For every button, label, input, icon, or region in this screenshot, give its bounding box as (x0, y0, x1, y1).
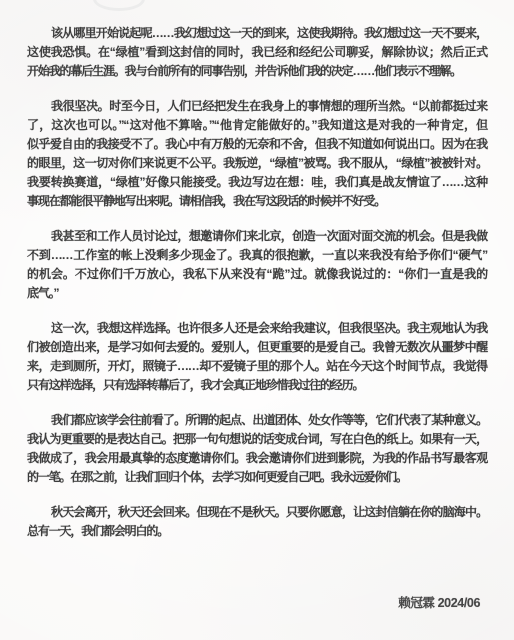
letter-line: 该从哪里开始说起呢……我幻想过这一天的到来，这使我期待。我幻想过这一天不要来， (27, 24, 487, 43)
letter-line: 这使我恐惧。在“绿植”看到这封信的同时，我已经和经纪公司聊妥，解除协议；然后正式 (27, 43, 487, 62)
letter-paragraph: 该从哪里开始说起呢……我幻想过这一天的到来，这使我期待。我幻想过这一天不要来， … (27, 24, 487, 81)
letter-line: 的一笔。在那之前，让我们回归个体，去学习如何更爱自己吧。我永远爱你们。 (27, 468, 487, 487)
letter-line: 我很坚决。时至今日，人们已经把发生在我身上的事情想的理所当然。“以前都挺过来 (27, 97, 487, 116)
letter-paragraph: 这一次，我想这样选择。也许很多人还是会来给我建议，但我很坚决。我主观地认为我 们… (27, 319, 487, 395)
letter-signature: 赖冠霖 2024/06 (398, 593, 480, 611)
letter-line: 底气。” (27, 284, 487, 303)
letter-paragraph: 我们都应该学会往前看了。所谓的起点、出道团体、处女作等等，它们代表了某种意义。 … (27, 411, 487, 487)
letter-line: 这一次，我想这样选择。也许很多人还是会来给我建议，但我很坚决。我主观地认为我 (27, 319, 487, 338)
letter-paragraph: 我很坚决。时至今日，人们已经把发生在我身上的事情想的理所当然。“以前都挺过来 了… (27, 97, 487, 211)
letter-paragraph: 秋天会离开，秋天还会回来。但现在不是秋天。只要你愿意，让这封信躺在你的脑海中。 … (27, 503, 487, 541)
letter-line: 事现在都能很平静地写出来呢。请相信我，我在写这段话的时候并不好受。 (27, 192, 487, 211)
letter-line: 来，走到厕所，开灯，照镜子……却不爱镜子里的那个人。站在今天这个时间节点，我觉得 (27, 357, 487, 376)
letter-line: 似乎爱自由的我接受不了。我心中有万般的无奈和不舍，但我不知道如何说出口。因为在我 (27, 135, 487, 154)
letter-paragraph: 我甚至和工作人员讨论过，想邀请你们来北京，创造一次面对面交流的机会。但是我做 不… (27, 227, 487, 303)
letter-line: 了，这次也可以。”“这对他不算啥。”“他肯定能做好的。”我知道这是对我的一种肯定… (27, 116, 487, 135)
letter-line: 不到……工作室的帐上没剩多少现金了。我真的很抱歉，一直以来我没有给予你们“硬气” (27, 246, 487, 265)
letter-line: 我认为更重要的是表达自己。把那一句句想说的话变成台词，写在白色的纸上。如果有一天… (27, 430, 487, 449)
photo-artifact (93, 0, 145, 11)
letter-photo-page: 该从哪里开始说起呢……我幻想过这一天的到来，这使我期待。我幻想过这一天不要来， … (0, 0, 514, 640)
letter-line: 开始我的幕后生涯。我与台前所有的同事告别，并告诉他们我的决定……他们表示不理解。 (27, 62, 487, 81)
letter-line: 我甚至和工作人员讨论过，想邀请你们来北京，创造一次面对面交流的机会。但是我做 (27, 227, 487, 246)
letter-line: 我做成了，我会用最真挚的态度邀请你们。我会邀请你们进到影院，为我的作品书写最客观 (27, 449, 487, 468)
letter-line: 只有这样选择，只有选择转幕后了，我才会真正地珍惜我过往的经历。 (27, 376, 487, 395)
letter-line: 们被创造出来，是学习如何去爱的。爱别人，但更重要的是爱自己。我曾无数次从噩梦中醒 (27, 338, 487, 357)
letter-body: 该从哪里开始说起呢……我幻想过这一天的到来，这使我期待。我幻想过这一天不要来， … (27, 24, 487, 557)
letter-line: 的眼里，这一切对你们来说更不公平。我叛逆，“绿植”被骂。我不服从，“绿植”被被针… (27, 154, 487, 173)
letter-line: 秋天会离开，秋天还会回来。但现在不是秋天。只要你愿意，让这封信躺在你的脑海中。 (27, 503, 487, 522)
letter-line: 我要转换赛道，“绿植”好像只能接受。我边写边在想：哇，我们真是战友情谊了……这种 (27, 173, 487, 192)
letter-line: 我们都应该学会往前看了。所谓的起点、出道团体、处女作等等，它们代表了某种意义。 (27, 411, 487, 430)
letter-line: 总有一天，我们都会明白的。 (27, 522, 487, 541)
letter-line: 的机会。不过你们千万放心，我私下从来没有“跪”过。就像我说过的：“你们一直是我的 (27, 265, 487, 284)
